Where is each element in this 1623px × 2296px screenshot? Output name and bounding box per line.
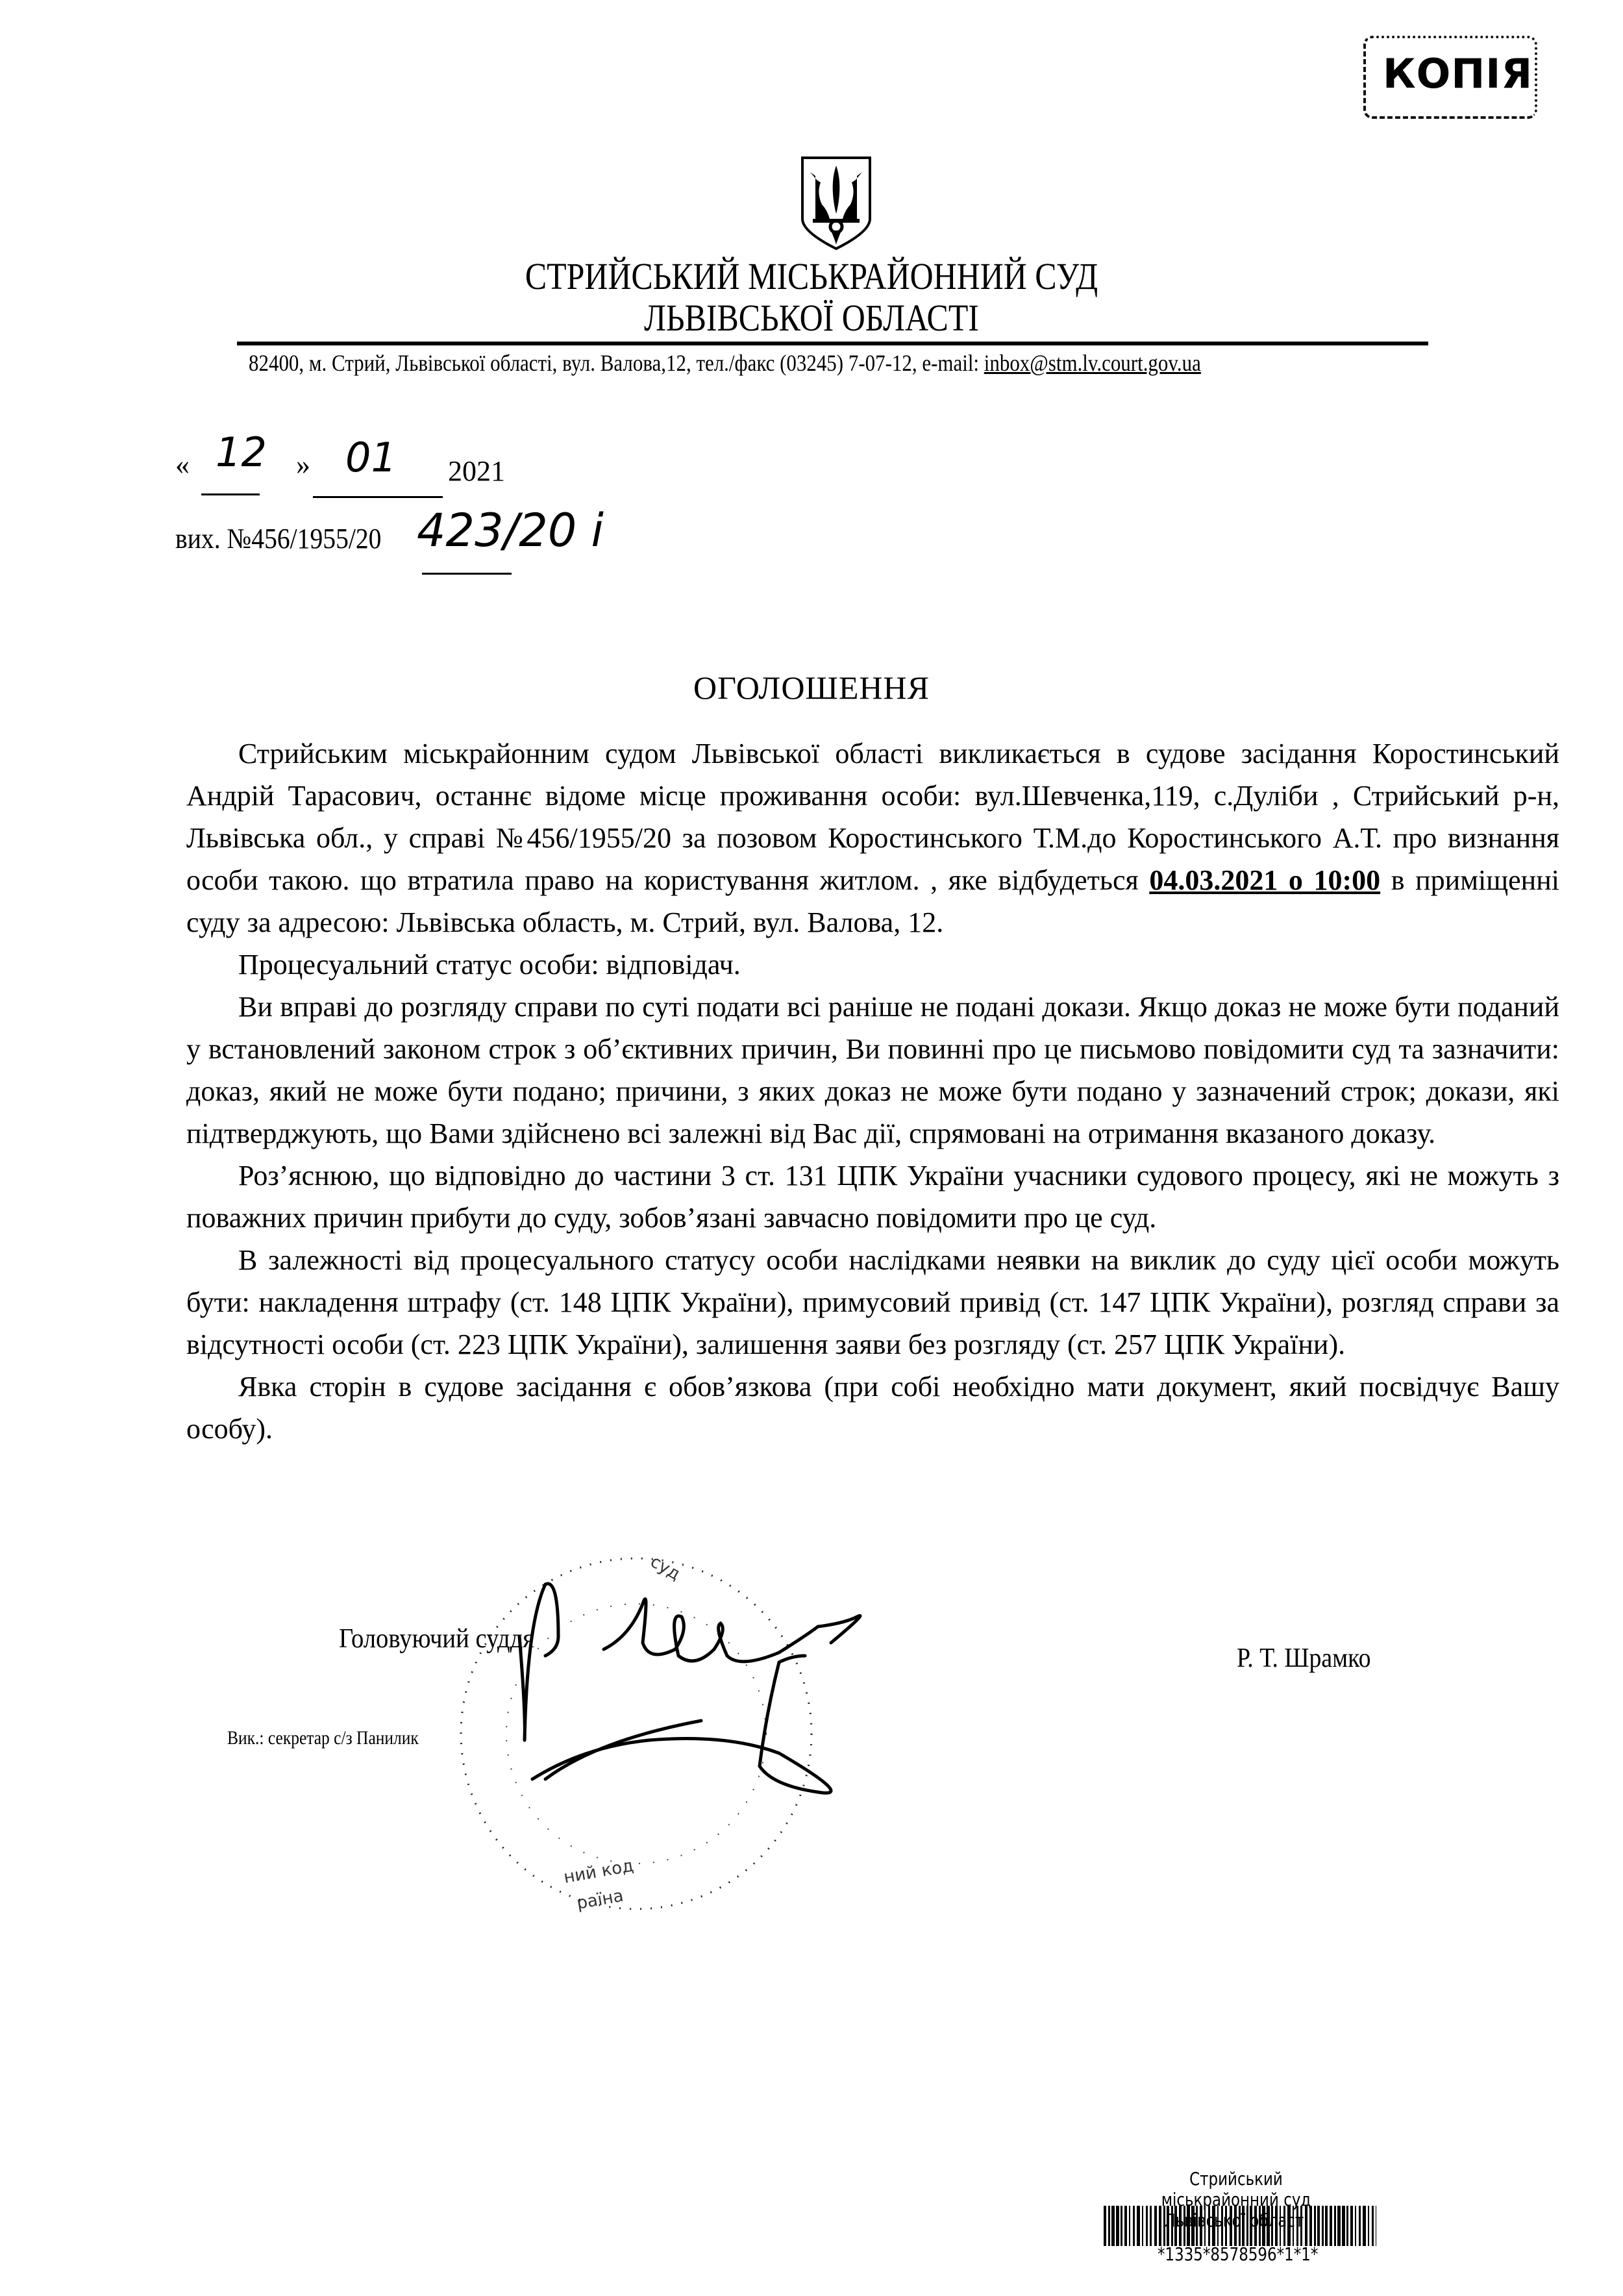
email-link[interactable]: inbox@stm.lv.court.gov.ua xyxy=(984,350,1201,376)
address-text: 82400, м. Стрий, Львівської області, вул… xyxy=(249,350,984,376)
signature-role: Головуючий суддя xyxy=(339,1623,534,1654)
seal-text-code: ний код xyxy=(562,1856,635,1887)
barcode xyxy=(1104,2206,1376,2246)
trident-icon xyxy=(797,154,875,251)
judge-signature xyxy=(454,1545,1233,1818)
paragraph-explanation: Роз’яснюю, що відповідно до частини 3 ст… xyxy=(186,1154,1559,1239)
handwritten-day: 12 xyxy=(216,429,267,476)
paragraph-summons: Стрийським міськрайонним судом Львівсько… xyxy=(186,732,1559,943)
hearing-datetime: 04.03.2021 о 10:00 xyxy=(1149,864,1380,896)
paragraph-consequences: В залежності від процесуального статусу … xyxy=(186,1239,1559,1366)
day-underline xyxy=(201,493,260,495)
outgoing-number-label: вих. №456/1955/20 xyxy=(175,522,381,555)
paragraph-status: Процесуальний статус особи: відповідач. xyxy=(186,943,1559,986)
document-title: ОГОЛОШЕННЯ xyxy=(0,669,1623,706)
header-divider xyxy=(237,342,1428,345)
seal-text-country: раїна xyxy=(575,1886,625,1914)
court-name-line2: ЛЬВІВСЬКОЇ ОБЛАСТІ xyxy=(114,296,1509,340)
judge-name: Р. Т. Шрамко xyxy=(1237,1643,1370,1674)
outgoing-underline xyxy=(422,573,512,575)
footer-court-line1: Стрийський міськрайонний суд xyxy=(1130,2169,1343,2210)
document-body: Стрийським міськрайонним судом Львівсько… xyxy=(186,732,1559,1450)
handwritten-month: 01 xyxy=(345,434,397,481)
document-year: 2021 xyxy=(448,455,505,488)
paragraph-evidence: Ви вправі до розгляду справи по суті под… xyxy=(186,986,1559,1154)
copy-stamp: КОПІЯ xyxy=(1363,36,1537,119)
copy-stamp-label: КОПІЯ xyxy=(1383,50,1533,97)
executor-line: Вик.: секретар с/з Панилик xyxy=(227,1727,419,1749)
barcode-number: *1335*8578596*1*1* xyxy=(1158,2243,1318,2265)
month-underline xyxy=(313,496,443,498)
quote-open: « xyxy=(175,448,190,481)
handwritten-outgoing-number: 423/20 і xyxy=(417,504,604,557)
court-address: 82400, м. Стрий, Львівської області, вул… xyxy=(249,349,1201,377)
court-name-line1: СТРИЙСЬКИЙ МІСЬКРАЙОННИЙ СУД xyxy=(114,255,1509,298)
paragraph-attendance: Явка сторін в судове засідання є обов’яз… xyxy=(186,1366,1559,1450)
quote-close: » xyxy=(296,448,310,481)
